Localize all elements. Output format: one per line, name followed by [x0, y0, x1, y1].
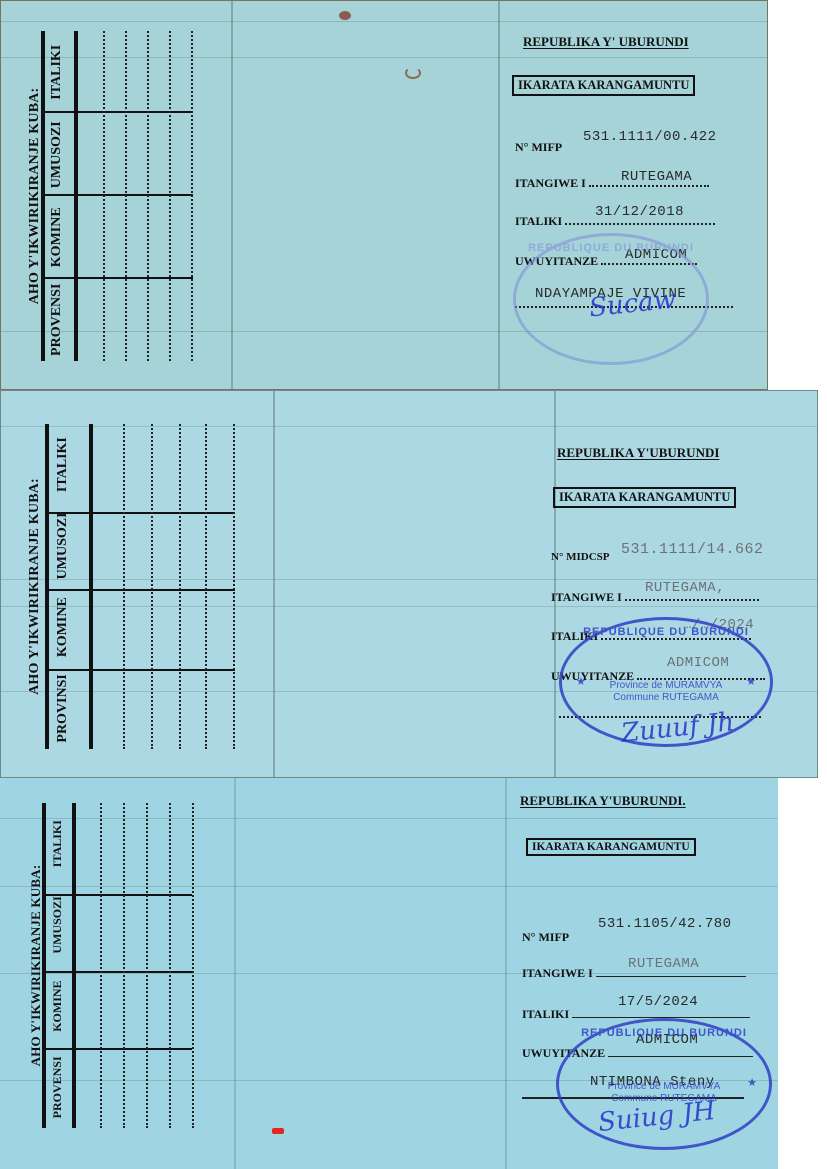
col-komine: KOMINE — [55, 587, 71, 668]
identity-panel: REPUBLIKA Y'UBURUNDI IKARATA KARANGAMUNT… — [555, 391, 818, 778]
issued-at-value: RUTEGAMA, — [645, 580, 725, 596]
issued-at-label: ITANGIWE I — [522, 966, 593, 980]
col-umusozi: UMUSOZI — [50, 884, 65, 965]
col-provensi: PROVENSI — [49, 279, 65, 362]
issued-at-label: ITANGIWE I — [515, 176, 586, 190]
col-provinsi: PROVINSI — [55, 668, 71, 749]
issued-at-label: ITANGIWE I — [551, 590, 622, 604]
issued-at-value: RUTEGAMA — [628, 956, 699, 972]
number-value: 531.1105/42.780 — [598, 916, 732, 932]
col-italiki: ITALIKI — [55, 424, 71, 505]
country-title: REPUBLIKA Y'UBURUNDI — [557, 445, 719, 461]
id-card-3: AHO Y'IKWIRIKIRANJE KUBA: PROVENSI KOMIN… — [0, 778, 778, 1169]
country-title: REPUBLIKA Y'UBURUNDI. — [520, 793, 686, 809]
stamp-province: Province de MURAMVYA — [559, 1081, 769, 1093]
col-komine: KOMINE — [50, 966, 65, 1047]
col-umusozi: UMUSOZI — [55, 505, 71, 586]
col-provensi: PROVENSI — [50, 1047, 65, 1128]
col-italiki: ITALIKI — [49, 31, 65, 114]
card-type-title: IKARATA KARANGAMUNTU — [553, 487, 736, 508]
number-field: N° MIDCSP — [551, 551, 609, 563]
registration-table: AHO Y'IKWIRIKIRANJE KUBA: PROVENSI KOMIN… — [27, 31, 202, 361]
number-label: N° MIDCSP — [551, 551, 609, 563]
registration-table: AHO Y'IKWIRIKIRANJE KUBA: PROVENSI KOMIN… — [28, 803, 200, 1128]
date-label: ITALIKI — [515, 214, 562, 228]
number-value: 531.1111/00.422 — [583, 129, 717, 145]
stamp-top-text: REPUBLIQUE DU BURUNDI — [516, 242, 706, 254]
number-label: N° MIFP — [522, 930, 569, 944]
country-title: REPUBLIKA Y' UBURUNDI — [523, 34, 689, 50]
stamp-commune: Commune RUTEGAMA — [562, 692, 770, 704]
col-italiki: ITALIKI — [50, 803, 65, 884]
identity-panel: REPUBLIKA Y'UBURUNDI. IKARATA KARANGAMUN… — [506, 778, 778, 1169]
number-label: N° MIFP — [515, 140, 562, 154]
stamp-top-text: REPUBLIQUE DU BURUNDI — [559, 1027, 769, 1039]
date-value: 17/5/2024 — [618, 994, 698, 1010]
date-value: 31/12/2018 — [595, 204, 684, 220]
number-field: N° MIFP — [515, 140, 562, 155]
id-card-2: AHO Y'IKWIRIKIRANJE KUBA: PROVINSI KOMIN… — [0, 390, 818, 778]
col-umusozi: UMUSOZI — [49, 114, 65, 197]
number-value: 531.1111/14.662 — [621, 541, 764, 558]
id-card-1: AHO Y'IKWIRIKIRANJE KUBA: PROVENSI KOMIN… — [0, 0, 768, 390]
identity-panel: REPUBLIKA Y' UBURUNDI IKARATA KARANGAMUN… — [499, 1, 768, 390]
stamp-province: Province de MURAMVYA — [562, 680, 770, 692]
number-field: N° MIFP — [522, 930, 569, 945]
card-type-title: IKARATA KARANGAMUNTU — [526, 838, 696, 856]
col-komine: KOMINE — [49, 196, 65, 279]
stamp-top-text: REPUBLIQUE DU BURUNDI — [562, 626, 770, 638]
registration-table: AHO Y'IKWIRIKIRANJE KUBA: PROVINSI KOMIN… — [27, 424, 239, 749]
card-type-title: IKARATA KARANGAMUNTU — [512, 75, 695, 96]
registration-title: AHO Y'IKWIRIKIRANJE KUBA: — [27, 424, 43, 749]
issued-at-value: RUTEGAMA — [621, 169, 692, 185]
date-label: ITALIKI — [522, 1007, 569, 1021]
